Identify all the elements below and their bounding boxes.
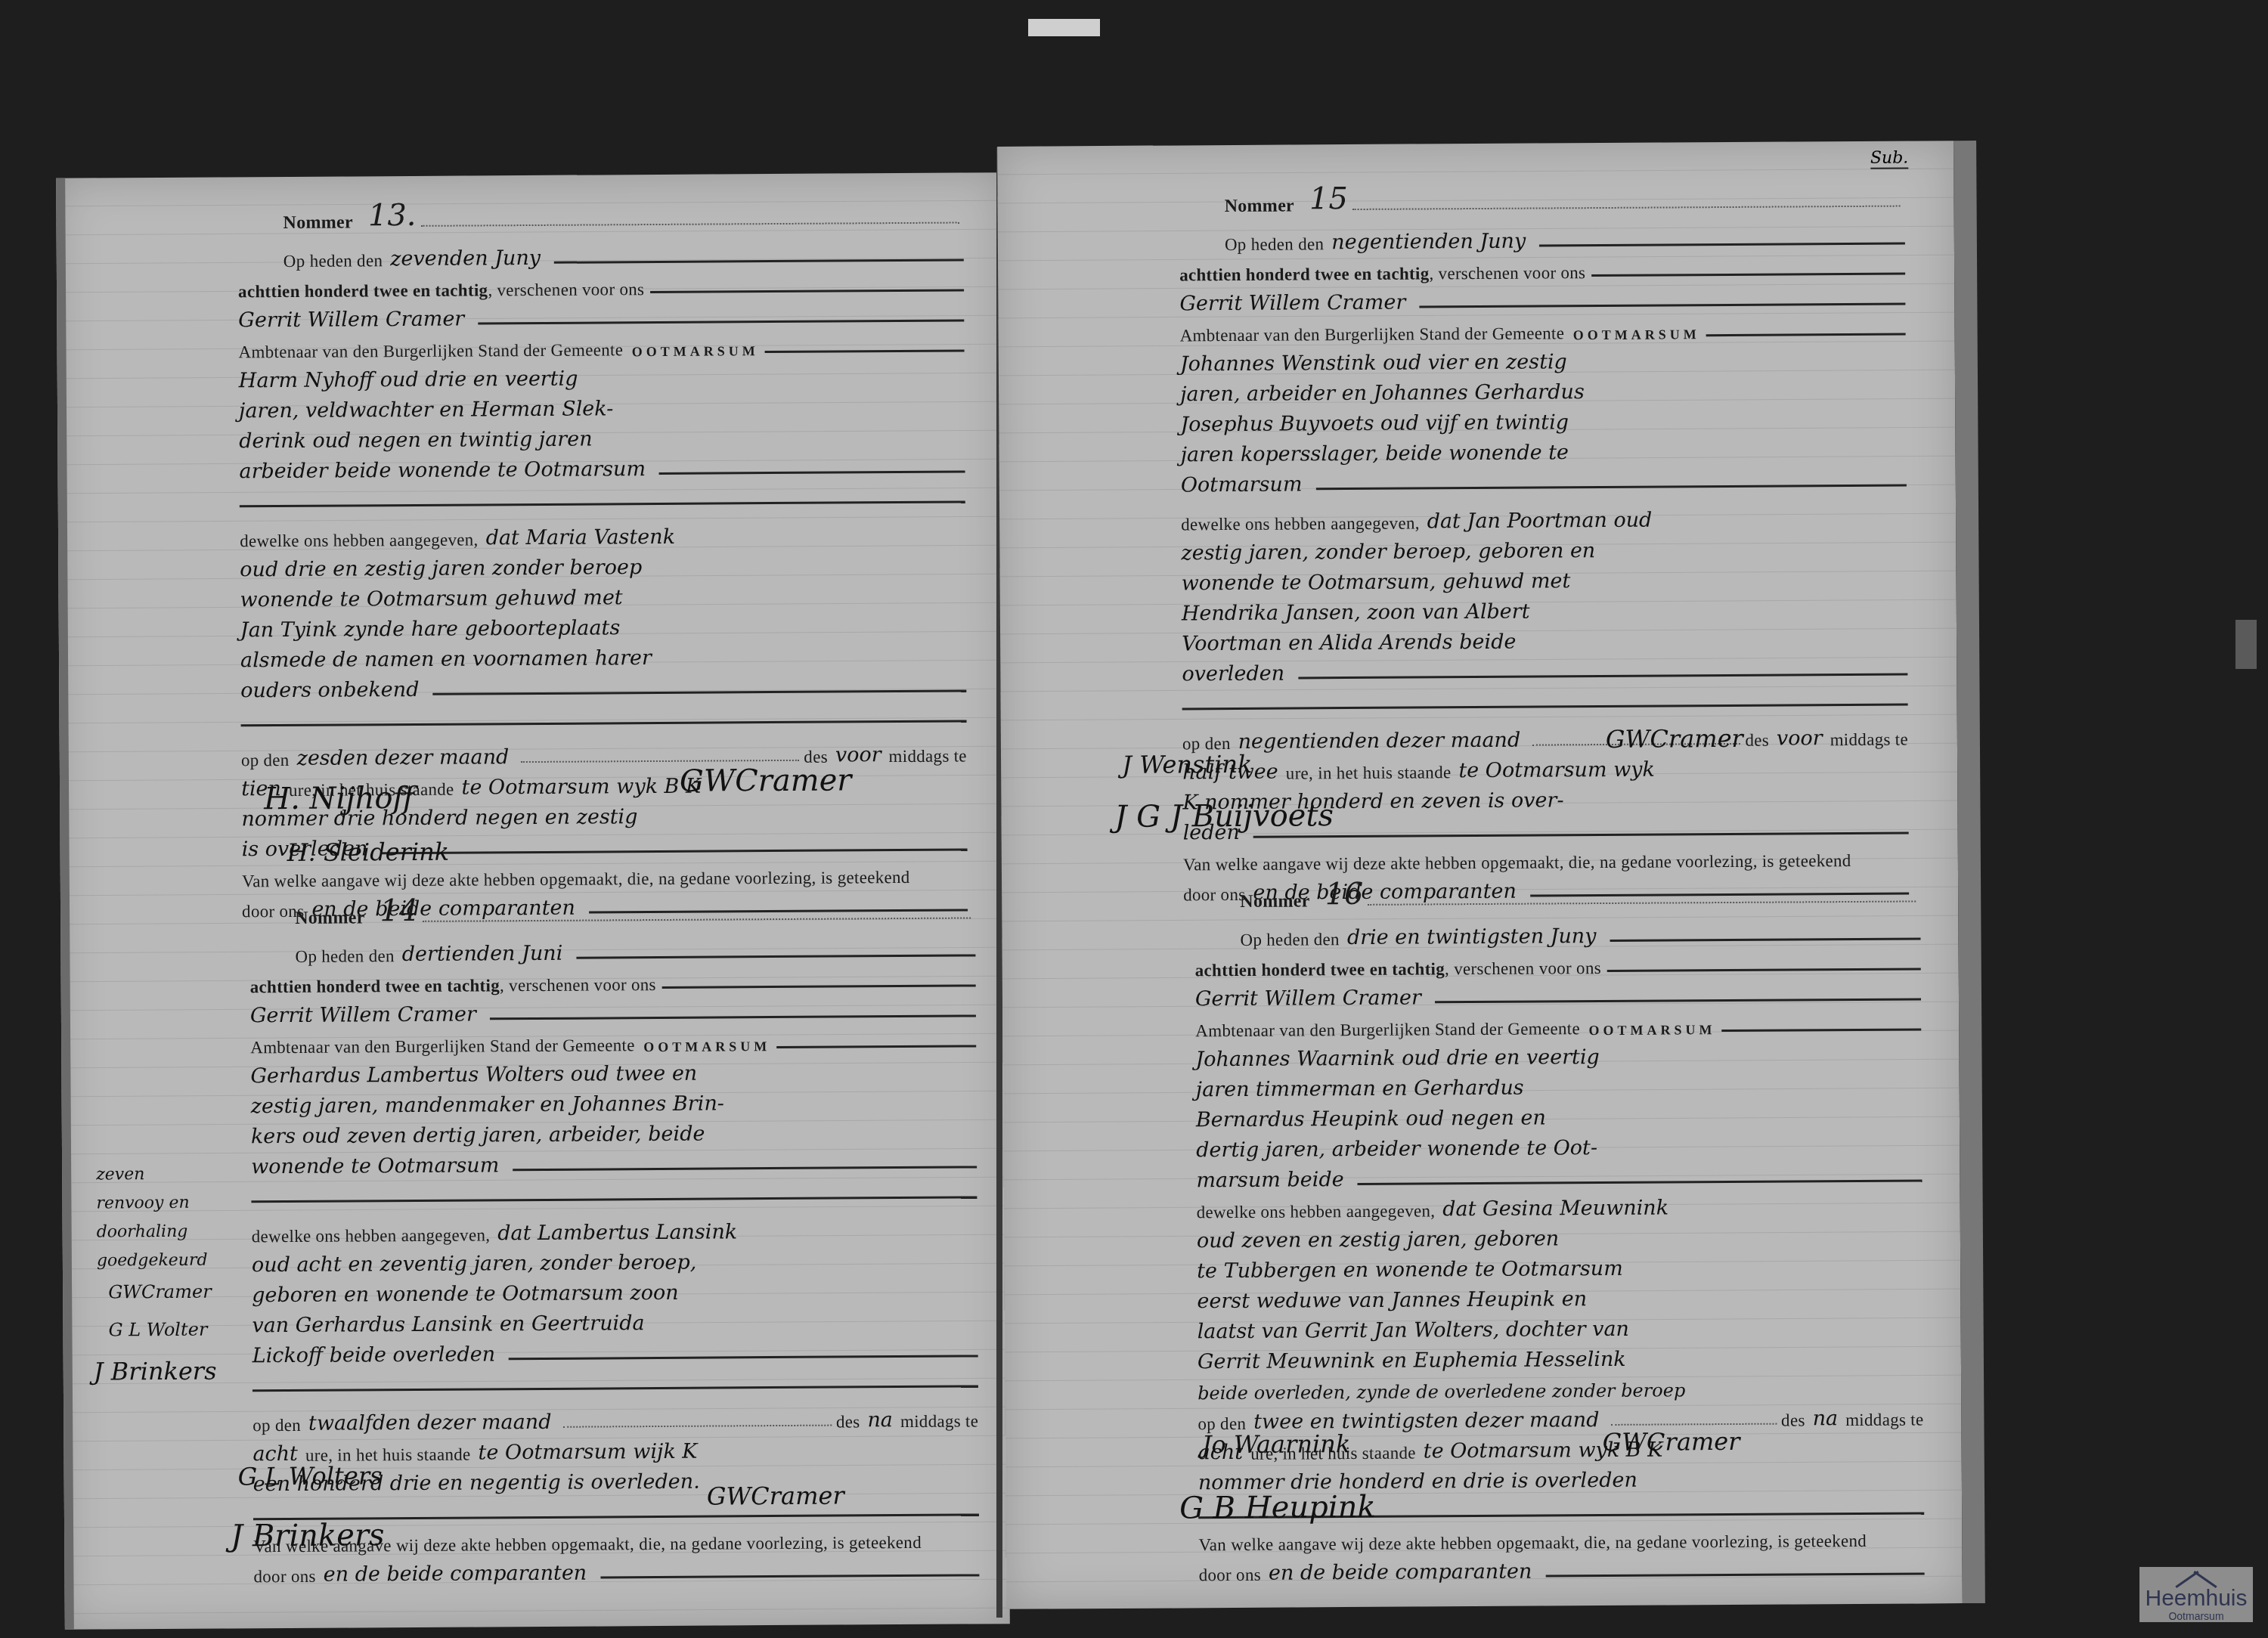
- signature-cramer: GWCramer: [1606, 724, 1743, 754]
- register-page-left: Nommer13. Op heden denzevenden Juny acht…: [56, 172, 1010, 1630]
- signature-cramer: GWCramer: [680, 763, 852, 798]
- deceased-name: dat Jan Poortman oud: [1427, 509, 1653, 534]
- signature-cramer: GWCramer: [707, 1482, 844, 1511]
- scan-top-tab: [1028, 19, 1100, 36]
- signature-heupink: G B Heupink: [1179, 1490, 1376, 1526]
- record-number: 16: [1325, 877, 1363, 912]
- register-page-right: Sub. Nommer15 Op heden dennegentienden J…: [997, 141, 1963, 1609]
- folio-mark: Sub.: [1870, 149, 1908, 169]
- official-name: Gerrit Willem Cramer: [250, 1002, 476, 1027]
- signature-sleiderink: H. Sleiderink: [287, 838, 449, 867]
- municipality: OOTMARSUM: [632, 343, 759, 360]
- signature-cramer: GWCramer: [1602, 1427, 1740, 1457]
- death-record-15: Nommer15 Op heden dennegentienden Juny a…: [1179, 183, 1909, 906]
- deceased-name: dat Gesina Meuwnink: [1442, 1196, 1668, 1221]
- margin-signature-wolter: G L Wolter: [108, 1319, 207, 1341]
- record-number: 14: [380, 893, 418, 928]
- record-date: zevenden Juny: [390, 246, 541, 271]
- signature-brinkers: J Brinkers: [231, 1518, 385, 1553]
- deceased-name: dat Lambertus Lansink: [497, 1220, 737, 1245]
- house-roof-icon: [2173, 1568, 2219, 1590]
- scan-right-tab: [2235, 620, 2257, 669]
- official-name: Gerrit Willem Cramer: [1179, 291, 1405, 316]
- record-date: negentienden Juny: [1331, 230, 1526, 255]
- margin-signature-brinkers: J Brinkers: [94, 1357, 217, 1386]
- record-date: drie en twintigsten Juny: [1347, 924, 1597, 949]
- official-name: Gerrit Willem Cramer: [238, 308, 464, 333]
- death-record-16: Nommer16 Op heden dendrie en twintigsten…: [1194, 878, 1925, 1585]
- signature-nijhoff: H. Nijhoff: [264, 781, 414, 816]
- heemhuis-watermark-logo: Heemhuis Ootmarsum: [2139, 1567, 2253, 1622]
- margin-renvooi-note: zeven renvooy en doorhaling goedgekeurd: [96, 1160, 208, 1276]
- record-number: 13.: [368, 198, 417, 233]
- margin-signature-cramer: GWCramer: [108, 1281, 212, 1303]
- signature-wenstink: J Wenstink: [1122, 750, 1253, 779]
- signature-wolters: G L Wolters: [238, 1461, 383, 1491]
- record-number: 15: [1309, 181, 1348, 216]
- signature-buijvoets: J G J Buijvoets: [1114, 798, 1334, 834]
- record-date: dertienden Juni: [402, 942, 563, 966]
- signature-waarnink: Jo Waarnink: [1201, 1429, 1350, 1459]
- official-name: Gerrit Willem Cramer: [1195, 986, 1421, 1011]
- deceased-name: dat Maria Vastenk: [486, 525, 676, 550]
- nommer-label: Nommer: [283, 212, 353, 234]
